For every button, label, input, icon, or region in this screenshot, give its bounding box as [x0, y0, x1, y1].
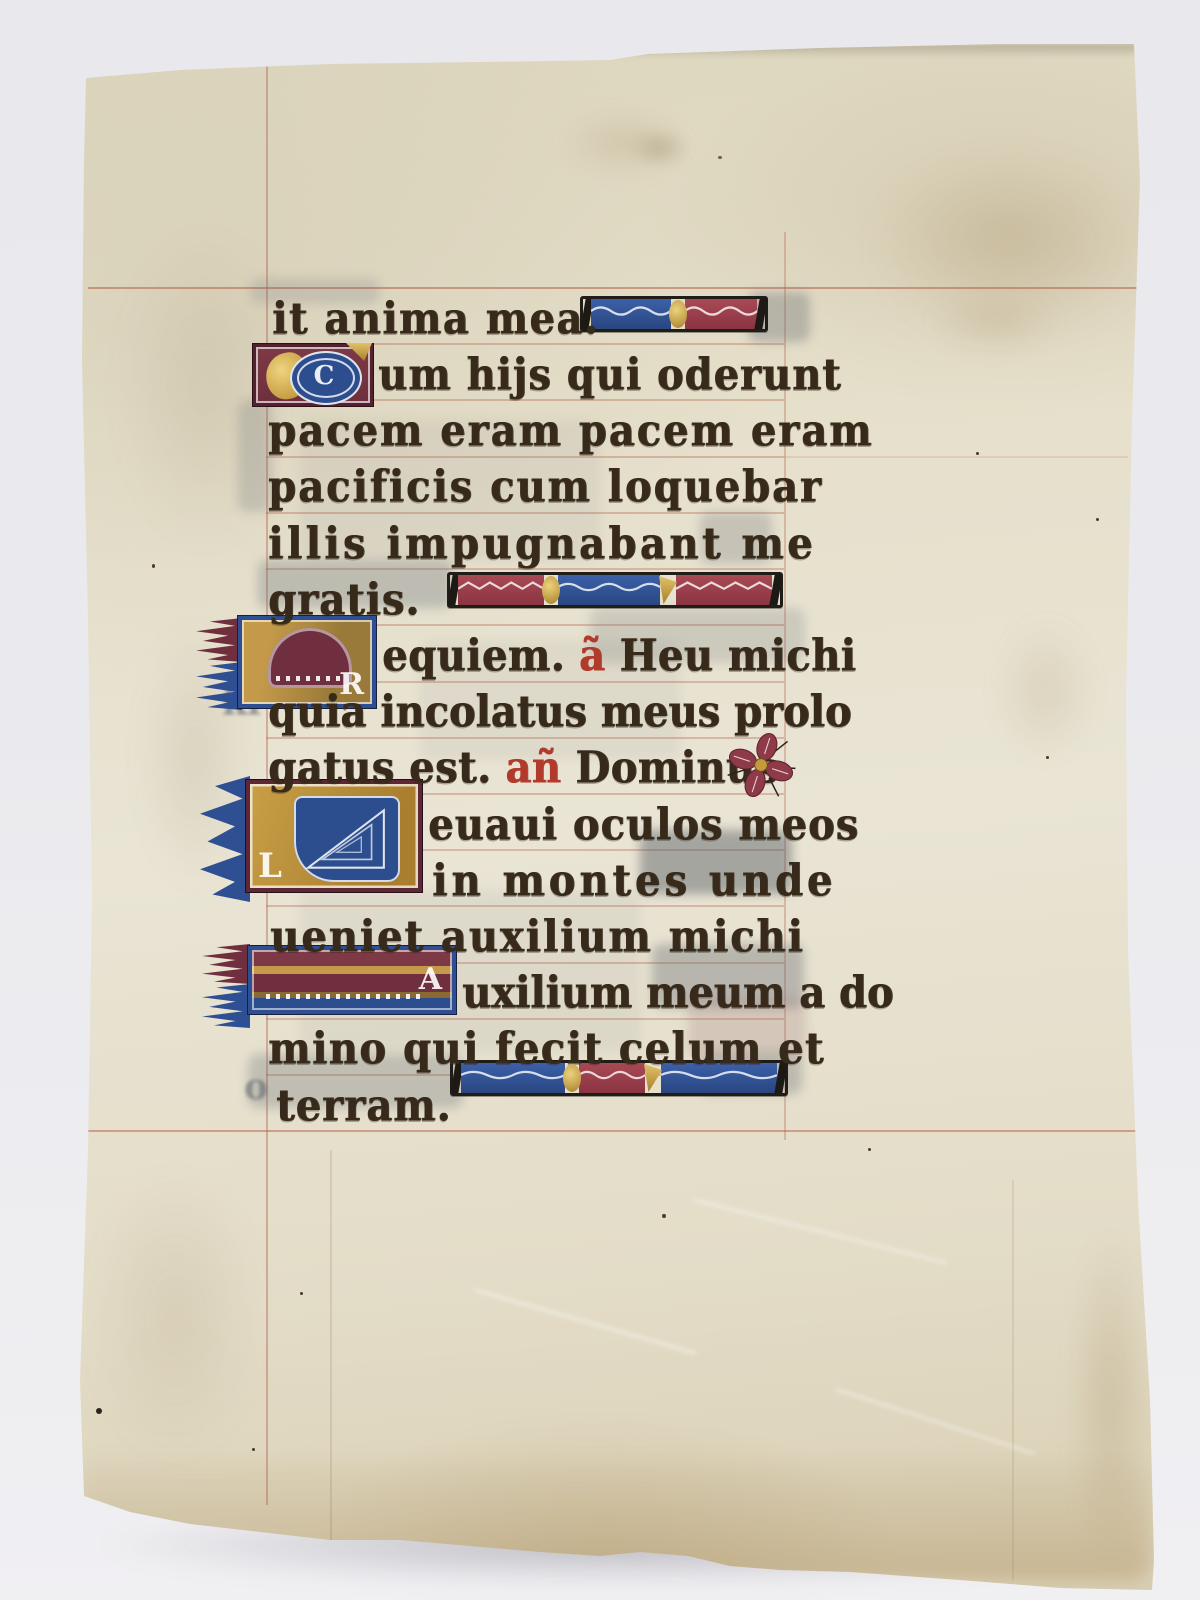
text-line-13: uxilium meum a do	[462, 967, 893, 1019]
text-line-14: mino qui fecit celum et	[268, 1023, 825, 1075]
filler-blue-segment	[591, 299, 671, 329]
filler-gold-dot	[669, 300, 687, 328]
initial-letter: C	[300, 361, 348, 391]
crease	[835, 1388, 1036, 1456]
speck	[1096, 518, 1099, 521]
filler-red-segment	[685, 299, 757, 329]
line-filler-bar	[447, 572, 783, 608]
ruling-line-bottom	[84, 1130, 1150, 1132]
text-line-2: um hijs qui oderunt	[378, 349, 842, 401]
text-line-15: terram.	[276, 1080, 451, 1132]
speck	[96, 1408, 102, 1414]
speck	[300, 1292, 303, 1295]
filler-red-segment	[676, 575, 772, 605]
text-line-5: illis impugnabant me	[268, 518, 816, 570]
stain	[930, 290, 1060, 354]
filler-blue-segment	[558, 575, 660, 605]
stain	[630, 128, 690, 168]
cadel-flourish	[202, 944, 250, 984]
photo-backdrop: ki o C	[0, 0, 1200, 1600]
illuminated-initial-l: L	[246, 780, 422, 892]
speck	[662, 1214, 666, 1218]
crease	[474, 1288, 696, 1354]
rubric-abbreviation: ã	[579, 630, 605, 682]
speck	[252, 1448, 255, 1451]
manuscript-leaf: ki o C	[0, 0, 1200, 1600]
stain	[86, 44, 1136, 58]
crease	[330, 1150, 332, 1550]
text-line-1: it anima mea.	[272, 293, 599, 345]
illuminated-initial-c: C	[253, 344, 373, 406]
initial-letter: L	[258, 846, 282, 886]
stain	[995, 620, 1095, 760]
text-line-12: ueniet auxilium michi	[270, 911, 805, 963]
speck	[1046, 756, 1049, 759]
text-line-3: pacem eram pacem eram	[268, 405, 873, 457]
crease	[1012, 1180, 1014, 1580]
show-through-smudge	[238, 400, 272, 512]
text-line-6: gratis.	[268, 574, 420, 626]
text-line-11: in montes unde	[432, 855, 836, 907]
text-line-7: equiem.ãHeu michi	[382, 630, 856, 682]
ruling-line-top	[88, 287, 1138, 289]
text-line-4: pacificis cum loquebar	[268, 461, 823, 513]
line-filler-bar	[580, 296, 768, 332]
speck	[152, 564, 155, 568]
filler-gold-dot	[542, 576, 560, 604]
crease	[693, 1199, 946, 1265]
filler-gold-leaf	[659, 576, 677, 604]
filler-gold-dot	[563, 1064, 581, 1092]
text-line-9: gatus est.añDominus	[268, 742, 778, 794]
text-line-10: euaui oculos meos	[428, 799, 859, 851]
speck	[868, 1148, 871, 1151]
speck	[718, 156, 722, 159]
white-dot-row	[276, 676, 346, 681]
white-dot-row	[266, 994, 426, 999]
rubric-abbreviation: añ	[505, 742, 561, 794]
speck	[976, 452, 979, 455]
filler-red-segment	[458, 575, 544, 605]
blue-filigree-panel	[294, 796, 400, 882]
initial-letter: A	[419, 962, 442, 997]
ghost-letter: o	[244, 1066, 268, 1108]
cadel-flourish	[202, 984, 250, 1028]
stain	[90, 1170, 260, 1460]
